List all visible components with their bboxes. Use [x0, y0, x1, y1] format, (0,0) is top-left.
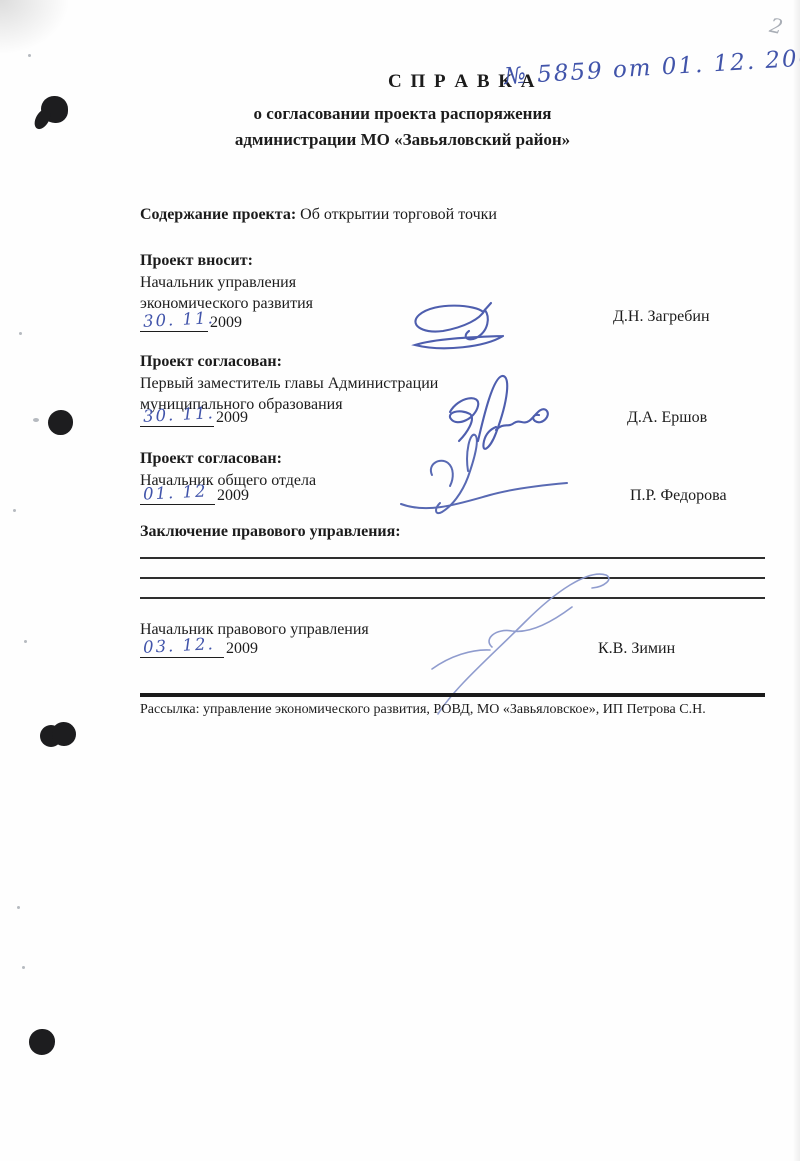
conclusion-heading: Заключение правового управления: — [140, 522, 401, 542]
block2-date-underline: 30. 11. — [140, 406, 214, 427]
conclusion-date-underline: 03. 12. — [140, 637, 224, 658]
block2-date-row: 30. 11.2009 — [140, 406, 248, 427]
block3-signer-name: П.Р. Федорова — [630, 486, 727, 506]
conclusion-signer-name: К.В. Зимин — [598, 639, 675, 659]
conclusion-line-2 — [140, 577, 765, 579]
block1-heading: Проект вносит: — [140, 251, 253, 271]
block2-signer-name: Д.А. Ершов — [627, 408, 707, 428]
page-number: 2 — [768, 13, 785, 39]
distribution-line: Рассылка: управление экономического разв… — [140, 702, 706, 718]
scan-speck — [19, 332, 22, 335]
conclusion-line-3 — [140, 597, 765, 599]
block2-handwritten-date: 30. 11. — [143, 403, 216, 426]
block1-date-row: 30. 11.2009 — [140, 311, 242, 332]
project-content-line: Содержание проекта: Об открытии торговой… — [140, 205, 497, 225]
document-subtitle: о согласовании проекта распоряжения адми… — [135, 101, 670, 153]
scan-speck — [13, 509, 16, 512]
scan-speck — [33, 418, 39, 422]
block1-position-line1: Начальник управления — [140, 273, 296, 293]
block3-year: 2009 — [215, 487, 249, 504]
ink-blob-4 — [29, 1029, 55, 1055]
signature-fedorova-icon — [398, 425, 570, 519]
scan-speck — [22, 966, 25, 969]
handwritten-registration-number: № 5859 от 01. 12. 2009 — [503, 44, 800, 90]
block1-signer-name: Д.Н. Загребин — [613, 307, 710, 327]
document-page: 2 С П Р А В К А № 5859 от 01. 12. 2009 о… — [0, 0, 800, 1161]
signature-zagrebin-icon — [405, 293, 520, 353]
scan-speck — [24, 640, 27, 643]
scan-speck — [28, 54, 31, 57]
block2-year: 2009 — [214, 409, 248, 426]
block3-handwritten-date: 01. 12 — [143, 481, 208, 503]
block3-date-underline: 01. 12 — [140, 484, 215, 505]
block2-heading: Проект согласован: — [140, 352, 282, 372]
subtitle-line-2: администрации МО «Завьяловский район» — [135, 127, 670, 153]
signature-ershov-icon — [438, 370, 563, 456]
conclusion-handwritten-date: 03. 12. — [143, 634, 216, 657]
block2-position-line1: Первый заместитель главы Администрации — [140, 374, 438, 394]
conclusion-line-1 — [140, 557, 765, 559]
footer-rule — [140, 693, 765, 697]
block1-handwritten-date: 30. 11. — [143, 308, 216, 331]
ink-blob-2 — [48, 410, 73, 435]
signature-zimin-icon — [420, 557, 655, 715]
conclusion-date-row: 03. 12.2009 — [140, 637, 258, 658]
content-label: Содержание проекта: — [140, 206, 296, 223]
block1-date-underline: 30. 11. — [140, 311, 208, 332]
block3-heading: Проект согласован: — [140, 449, 282, 469]
scan-speck — [17, 906, 20, 909]
content-value: Об открытии торговой точки — [300, 206, 497, 223]
conclusion-year: 2009 — [224, 640, 258, 657]
subtitle-line-1: о согласовании проекта распоряжения — [135, 101, 670, 127]
block3-date-row: 01. 122009 — [140, 484, 249, 505]
